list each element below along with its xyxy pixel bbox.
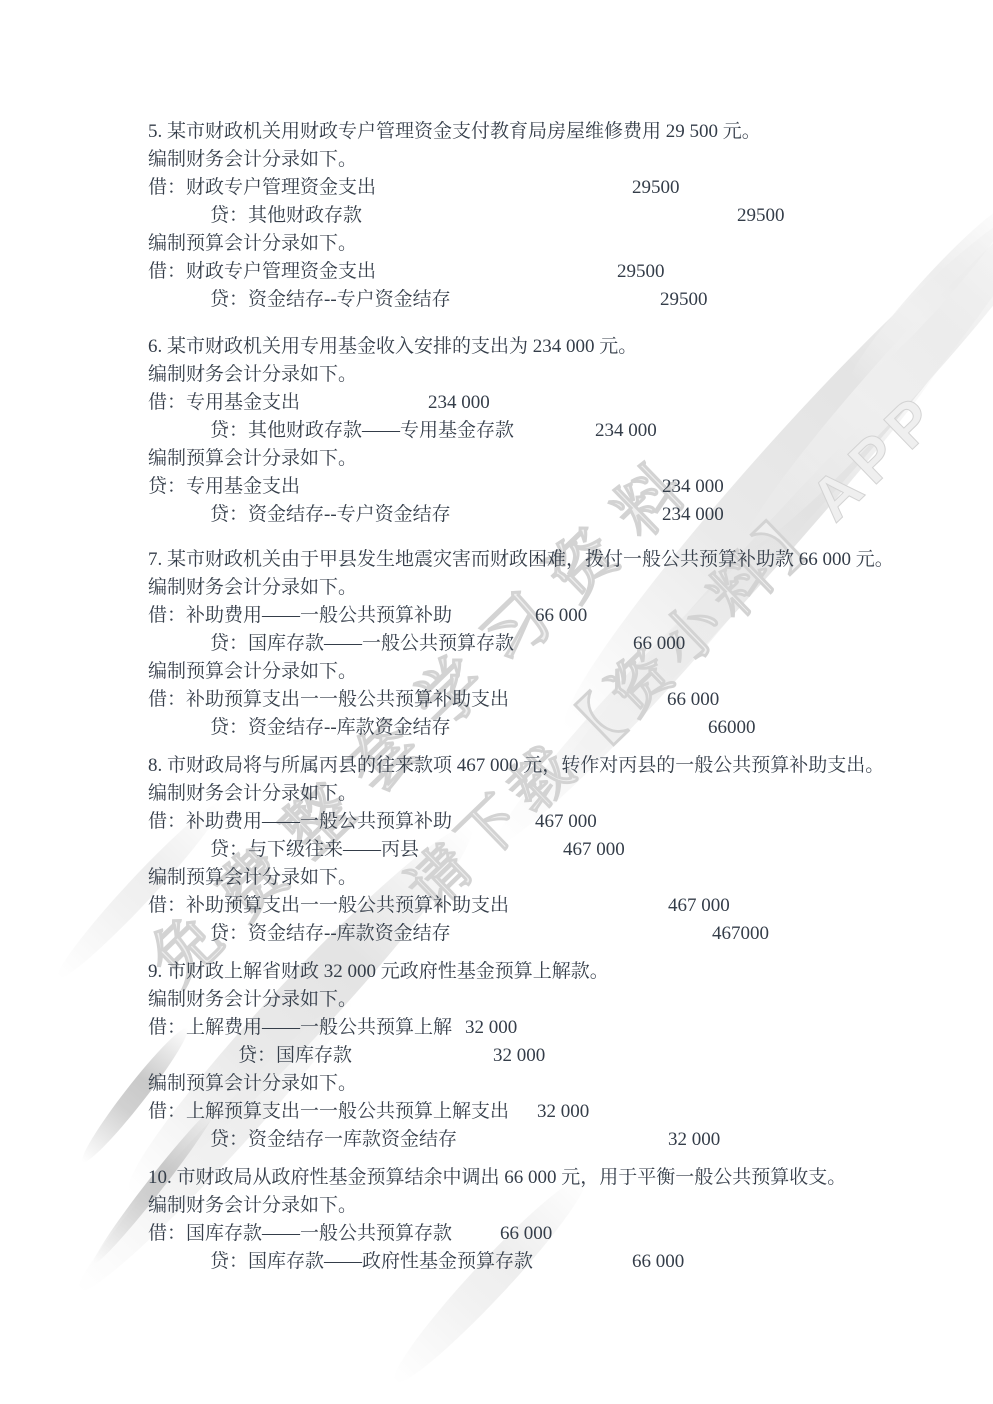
entry-amount: 234 000 [662, 473, 724, 501]
journal-entry-line: 借：上解预算支出一一般公共预算上解支出32 000 [148, 1098, 928, 1126]
entry-text: 借：财政专户管理资金支出 [148, 261, 376, 282]
entry-text: 贷：与下级往来——丙县 [210, 839, 419, 860]
journal-entry-line: 借：补助费用——一般公共预算补助467 000 [148, 808, 928, 836]
entry-text: 借：补助预算支出一一般公共预算补助支出 [148, 895, 509, 916]
entry-text: 借：上解费用——一般公共预算上解 [148, 1017, 452, 1038]
entry-amount: 234 000 [428, 389, 490, 417]
problem-statement: 6. 某市财政机关用专用基金收入安排的支出为 234 000 元。 [148, 333, 928, 361]
journal-entry-line: 贷：其他财政存款——专用基金存款234 000 [148, 417, 928, 445]
entry-text: 贷：资金结存--库款资金结存 [210, 717, 451, 738]
entry-amount: 29500 [632, 174, 680, 202]
entry-amount: 32 000 [465, 1014, 517, 1042]
problem-statement: 8. 市财政局将与所属丙县的往来款项 467 000 元，转作对丙县的一般公共预… [148, 752, 928, 780]
entry-text: 借：补助预算支出一一般公共预算补助支出 [148, 689, 509, 710]
entry-note: 编制预算会计分录如下。 [148, 445, 928, 473]
entry-text: 借：补助费用——一般公共预算补助 [148, 811, 452, 832]
problem-statement: 9. 市财政上解省财政 32 000 元政府性基金预算上解款。 [148, 958, 928, 986]
journal-entry-line: 借：财政专户管理资金支出29500 [148, 174, 928, 202]
journal-entry-line: 贷：国库存款——政府性基金预算存款66 000 [148, 1248, 928, 1276]
entry-amount: 66 000 [500, 1220, 552, 1248]
journal-entry-line: 借：补助预算支出一一般公共预算补助支出467 000 [148, 892, 928, 920]
journal-entry-line: 贷：与下级往来——丙县467 000 [148, 836, 928, 864]
entry-amount: 66 000 [535, 602, 587, 630]
entry-text: 贷：国库存款——政府性基金预算存款 [210, 1251, 533, 1272]
entry-amount: 32 000 [537, 1098, 589, 1126]
entry-text: 贷：资金结存--专户资金结存 [210, 289, 451, 310]
journal-entry-line: 贷：国库存款32 000 [148, 1042, 928, 1070]
journal-entry-line: 贷：资金结存--专户资金结存29500 [148, 286, 928, 314]
entry-text: 借：财政专户管理资金支出 [148, 177, 376, 198]
entry-text: 贷：资金结存--库款资金结存 [210, 923, 451, 944]
entry-amount: 467 000 [668, 892, 730, 920]
entry-note: 编制财务会计分录如下。 [148, 146, 928, 174]
journal-entry-line: 贷：其他财政存款29500 [148, 202, 928, 230]
entry-amount: 234 000 [595, 417, 657, 445]
entry-note: 编制财务会计分录如下。 [148, 986, 928, 1014]
entry-text: 贷：国库存款——一般公共预算存款 [210, 633, 514, 654]
entry-note: 编制财务会计分录如下。 [148, 361, 928, 389]
journal-entry-line: 贷：资金结存一库款资金结存32 000 [148, 1126, 928, 1154]
entry-amount: 234 000 [662, 501, 724, 529]
entry-amount: 66 000 [632, 1248, 684, 1276]
entry-text: 贷：国库存款 [238, 1045, 352, 1066]
problem-item: 10. 市财政局从政府性基金预算结余中调出 66 000 元，用于平衡一般公共预… [148, 1164, 928, 1276]
entry-amount: 66000 [708, 714, 756, 742]
journal-entry-line: 借：上解费用——一般公共预算上解32 000 [148, 1014, 928, 1042]
entry-amount: 29500 [617, 258, 665, 286]
entry-text: 贷：专用基金支出 [148, 476, 300, 497]
entry-note: 编制预算会计分录如下。 [148, 230, 928, 258]
entry-amount: 32 000 [493, 1042, 545, 1070]
entry-amount: 467 000 [563, 836, 625, 864]
journal-entry-line: 借：国库存款——一般公共预算存款66 000 [148, 1220, 928, 1248]
entry-text: 借：补助费用——一般公共预算补助 [148, 605, 452, 626]
journal-entry-line: 贷：资金结存--库款资金结存467000 [148, 920, 928, 948]
entry-note: 编制财务会计分录如下。 [148, 574, 928, 602]
problem-statement: 7. 某市财政机关由于甲县发生地震灾害而财政困难，拨付一般公共预算补助款 66 … [148, 546, 928, 574]
entry-amount: 467000 [712, 920, 769, 948]
entry-note: 编制财务会计分录如下。 [148, 1192, 928, 1220]
entry-text: 贷：资金结存一库款资金结存 [210, 1129, 457, 1150]
entry-note: 编制预算会计分录如下。 [148, 864, 928, 892]
journal-entry-line: 贷：资金结存--专户资金结存234 000 [148, 501, 928, 529]
entry-amount: 467 000 [535, 808, 597, 836]
entry-amount: 66 000 [667, 686, 719, 714]
entry-note: 编制预算会计分录如下。 [148, 1070, 928, 1098]
problem-item: 5. 某市财政机关用财政专户管理资金支付教育局房屋维修费用 29 500 元。编… [148, 118, 928, 314]
entry-text: 贷：其他财政存款 [210, 205, 362, 226]
entry-text: 借：专用基金支出 [148, 392, 300, 413]
journal-entry-line: 借：补助预算支出一一般公共预算补助支出66 000 [148, 686, 928, 714]
entry-note: 编制预算会计分录如下。 [148, 658, 928, 686]
document-page: 免费整套学习资料 请下载【资小料】APP 5. 某市财政机关用财政专户管理资金支… [0, 0, 993, 1404]
journal-entry-line: 贷：国库存款——一般公共预算存款66 000 [148, 630, 928, 658]
problem-statement: 10. 市财政局从政府性基金预算结余中调出 66 000 元，用于平衡一般公共预… [148, 1164, 928, 1192]
journal-entry-line: 借：财政专户管理资金支出29500 [148, 258, 928, 286]
entry-text: 贷：其他财政存款——专用基金存款 [210, 420, 514, 441]
entry-amount: 29500 [737, 202, 785, 230]
entry-text: 借：上解预算支出一一般公共预算上解支出 [148, 1101, 509, 1122]
entry-amount: 32 000 [668, 1126, 720, 1154]
entry-amount: 66 000 [633, 630, 685, 658]
entry-text: 借：国库存款——一般公共预算存款 [148, 1223, 452, 1244]
entry-note: 编制财务会计分录如下。 [148, 780, 928, 808]
problem-item: 9. 市财政上解省财政 32 000 元政府性基金预算上解款。编制财务会计分录如… [148, 958, 928, 1154]
journal-entry-line: 贷：专用基金支出234 000 [148, 473, 928, 501]
journal-entry-line: 借：补助费用——一般公共预算补助66 000 [148, 602, 928, 630]
problem-statement: 5. 某市财政机关用财政专户管理资金支付教育局房屋维修费用 29 500 元。 [148, 118, 928, 146]
journal-entry-line: 贷：资金结存--库款资金结存66000 [148, 714, 928, 742]
problem-item: 6. 某市财政机关用专用基金收入安排的支出为 234 000 元。编制财务会计分… [148, 333, 928, 529]
problem-item: 8. 市财政局将与所属丙县的往来款项 467 000 元，转作对丙县的一般公共预… [148, 752, 928, 948]
problem-item: 7. 某市财政机关由于甲县发生地震灾害而财政困难，拨付一般公共预算补助款 66 … [148, 546, 928, 742]
journal-entry-line: 借：专用基金支出234 000 [148, 389, 928, 417]
entry-amount: 29500 [660, 286, 708, 314]
entry-text: 贷：资金结存--专户资金结存 [210, 504, 451, 525]
